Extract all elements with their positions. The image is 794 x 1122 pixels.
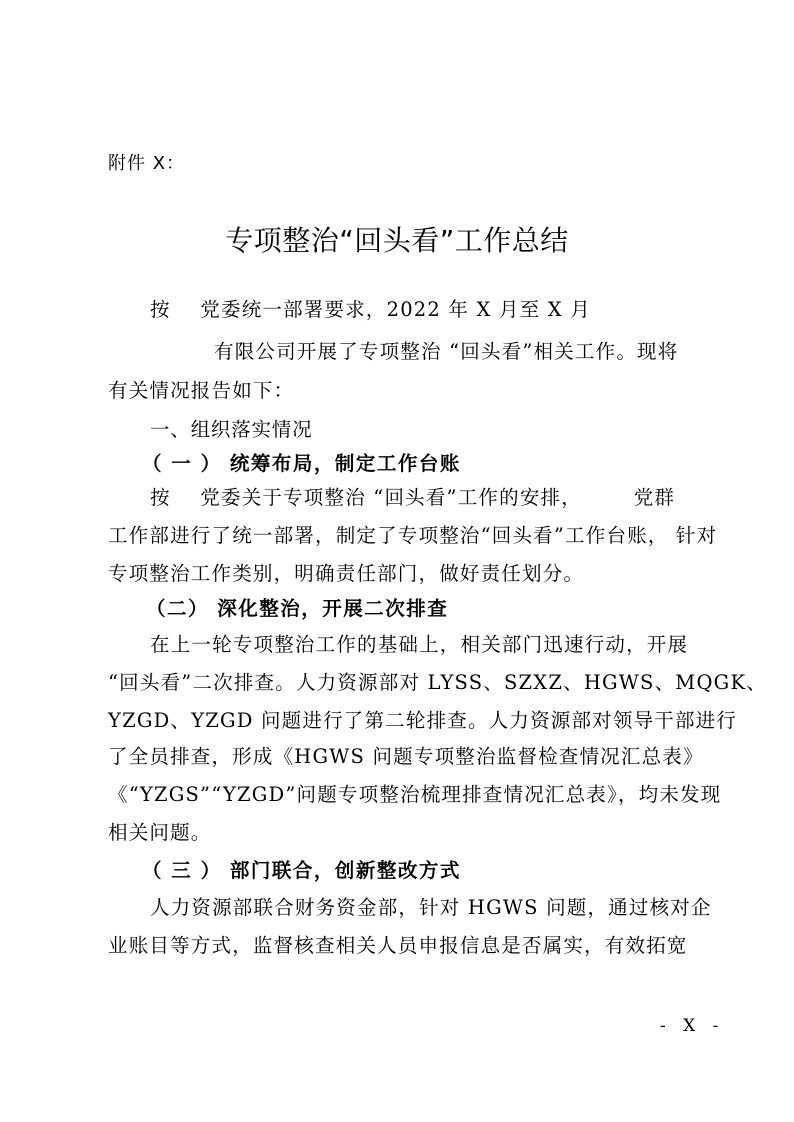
page-number: - X -: [660, 1014, 724, 1038]
document-title: 专项整治“回头看”工作总结: [0, 223, 794, 259]
paragraph-line: 人力资源部联合财务资金部，针对 HGWS 问题，通过核对企: [150, 896, 712, 920]
subsection-heading: （ 三 ） 部门联合，创新整改方式: [142, 859, 461, 883]
paragraph-line: 《“YZGS”“YZGD”问题专项整治梳理排查情况汇总表》，均未发现: [108, 783, 721, 807]
paragraph-line: 相关问题。: [108, 821, 212, 845]
paragraph-line: “回头看”二次排查。人力资源部对 LYSS、SZXZ、HGWS、MQGK、: [108, 671, 767, 695]
paragraph-line: 工作部进行了统一部署，制定了专项整治“回头看”工作台账， 针对: [108, 524, 717, 548]
paragraph-line: 专项整治工作类别，明确责任部门，做好责任划分。: [108, 562, 584, 586]
subsection-heading: （二） 深化整治，开展二次排查: [146, 597, 448, 621]
subsection-heading: （ 一 ） 统筹布局，制定工作台账: [142, 452, 461, 476]
attachment-label: 附件 X：: [108, 152, 185, 176]
paragraph-line: 了全员排查，形成《HGWS 问题专项整治监督检查情况汇总表》: [108, 745, 704, 769]
paragraph-line: 有限公司开展了专项整治 “回头看”相关工作。现将: [214, 340, 678, 364]
paragraph-line: 按 党委关于专项整治 “回头看”工作的安排， 党群: [150, 486, 675, 510]
section-heading: 一、组织落实情况: [150, 418, 312, 442]
paragraph-line: YZGD、YZGD 问题进行了第二轮排查。人力资源部对领导干部进行: [108, 709, 737, 733]
paragraph-line: 有关情况报告如下：: [108, 379, 294, 403]
paragraph-line: 业账目等方式，监督核查相关人员申报信息是否属实，有效拓宽: [108, 934, 688, 958]
paragraph-line: 在上一轮专项整治工作的基础上，相关部门迅速行动，开展: [150, 633, 688, 657]
document-page: 附件 X： 专项整治“回头看”工作总结 按 党委统一部署要求，2022 年 X …: [0, 0, 794, 1122]
paragraph-line: 按 党委统一部署要求，2022 年 X 月至 X 月: [150, 298, 591, 322]
